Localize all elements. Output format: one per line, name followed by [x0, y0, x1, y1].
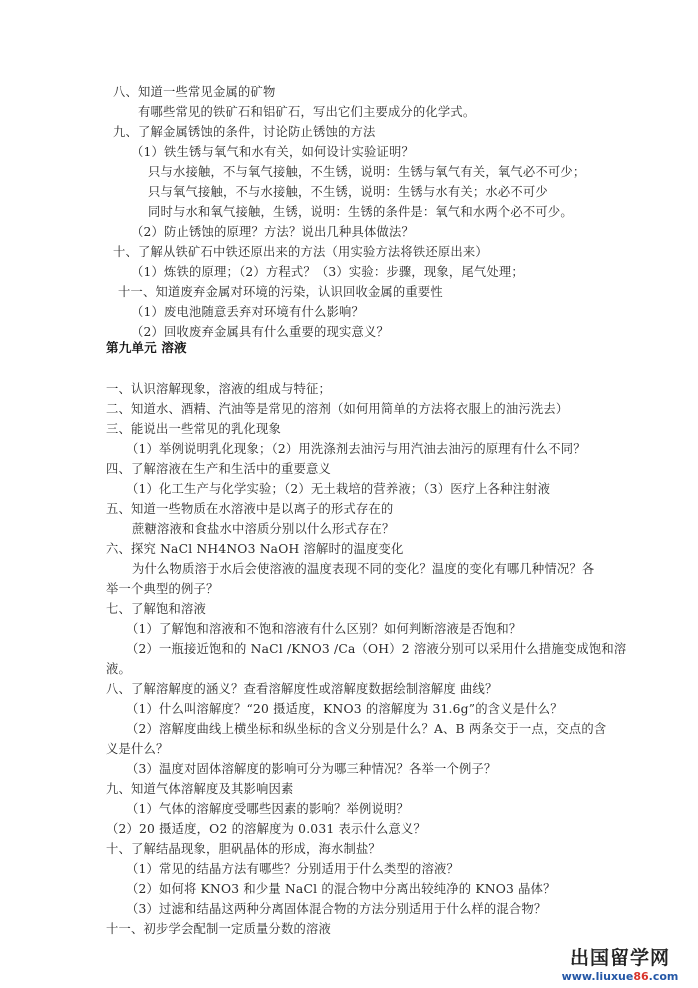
text-line: 一、认识溶解现象，溶液的组成与特征；: [106, 381, 331, 397]
watermark-site-name: 出国留学网: [560, 947, 680, 969]
text-line: 同时与水和氧气接触，生锈，说明：生锈的条件是：氧气和水两个必不可少。: [148, 204, 573, 220]
text-line: 蔗糖溶液和食盐水中溶质分别以什么形式存在？: [132, 521, 394, 537]
text-line: 举一个典型的例子？: [106, 581, 218, 597]
text-line: （1）化工生产与化学实验；（2）无土栽培的营养液；（3）医疗上各种注射液: [126, 481, 550, 497]
text-line: （2）如何将 KNO3 和少量 NaCl 的混合物中分离出较纯净的 KNO3 晶…: [126, 881, 556, 897]
text-line: （1）举例说明乳化现象；（2）用洗涤剂去油污与用汽油去油污的原理有什么不同？: [126, 441, 586, 457]
text-line: （2）回收废弃金属具有什么重要的现实意义？: [131, 324, 389, 340]
unit-heading: 第九单元 溶液: [106, 340, 187, 356]
text-line: 七、了解饱和溶液: [106, 601, 206, 617]
url-prefix: www.liuxue: [562, 970, 634, 983]
text-line: 九、知道气体溶解度及其影响因素: [106, 781, 293, 797]
text-line: 只与氧气接触，不与水接触，不生锈，说明：生锈与水有关；水必不可少: [148, 184, 548, 200]
text-line: 三、能说出一些常见的乳化现象: [106, 421, 281, 437]
text-line: （1）炼铁的原理；（2）方程式？（3）实验：步骤，现象，尾气处理；: [131, 264, 524, 280]
text-line: （1）废电池随意丢弃对环境有什么影响？: [131, 304, 364, 320]
text-line: （2）溶解度曲线上横坐标和纵坐标的含义分别是什么？A、B 两条交于一点，交点的含: [126, 721, 606, 737]
text-line: 六、探究 NaCl NH4NO3 NaOH 溶解时的温度变化: [106, 541, 404, 557]
url-highlight: 86: [633, 970, 648, 983]
text-line: 八、知道一些常见金属的矿物: [113, 84, 275, 100]
text-line: 为什么物质溶于水后会使溶液的温度表现不同的变化？温度的变化有哪几种情况？各: [132, 561, 594, 577]
text-line: 十一、知道废弃金属对环境的污染，认识回收金属的重要性: [118, 284, 443, 300]
text-line: 只与水接触，不与氧气接触，不生锈，说明：生锈与氧气有关，氧气必不可少；: [148, 164, 585, 180]
text-line: 十、了解从铁矿石中铁还原出来的方法（用实验方法将铁还原出来）: [113, 244, 488, 260]
text-line: 十、了解结晶现象，胆矾晶体的形成，海水制盐？: [106, 841, 381, 857]
text-line: 二、知道水、酒精、汽油等是常见的溶剂（如何用简单的方法将衣服上的油污洗去）: [106, 401, 568, 417]
text-line: （3）过滤和结晶这两种分离固体混合物的方法分别适用于什么样的混合物？: [126, 901, 546, 917]
text-line: 四、了解溶液在生产和生活中的重要意义: [106, 461, 331, 477]
text-line: 十一、初步学会配制一定质量分数的溶液: [106, 921, 331, 937]
url-suffix: .com: [649, 970, 679, 983]
watermark-url: www.liuxue86.com: [560, 970, 680, 983]
text-line: 有哪些常见的铁矿石和铝矿石，写出它们主要成分的化学式。: [138, 104, 475, 120]
text-line: （1）气体的溶解度受哪些因素的影响？举例说明？: [126, 801, 409, 817]
text-line: （2）一瓶接近饱和的 NaCl /KNO3 /Ca（OH）2 溶液分别可以采用什…: [126, 641, 626, 657]
text-line: （1）铁生锈与氧气和水有关，如何设计实验证明？: [131, 144, 414, 160]
text-line: （2）20 摄适度，O2 的溶解度为 0.031 表示什么意义？: [106, 821, 426, 837]
text-line: 九、了解金属锈蚀的条件，讨论防止锈蚀的方法: [113, 124, 375, 140]
text-line: 液。: [106, 661, 131, 677]
watermark-logo: 出国留学网 www.liuxue86.com: [560, 947, 680, 983]
text-line: （1）什么叫溶解度？“20 摄适度，KNO3 的溶解度为 31.6g”的含义是什…: [126, 701, 563, 717]
text-line: 八、了解溶解度的涵义？查看溶解度性或溶解度数据绘制溶解度 曲线？: [106, 681, 498, 697]
text-line: （3）温度对固体溶解度的影响可分为哪三种情况？各举一个例子？: [126, 761, 496, 777]
text-line: （1）常见的结晶方法有哪些？分别适用于什么类型的溶液？: [126, 861, 459, 877]
text-line: （2）防止锈蚀的原理？方法？说出几种具体做法？: [131, 224, 414, 240]
text-line: 义是什么？: [106, 741, 169, 757]
text-line: 五、知道一些物质在水溶液中是以离子的形式存在的: [106, 501, 393, 517]
text-line: （1）了解饱和溶液和不饱和溶液有什么区别？如何判断溶液是否饱和？: [126, 621, 521, 637]
